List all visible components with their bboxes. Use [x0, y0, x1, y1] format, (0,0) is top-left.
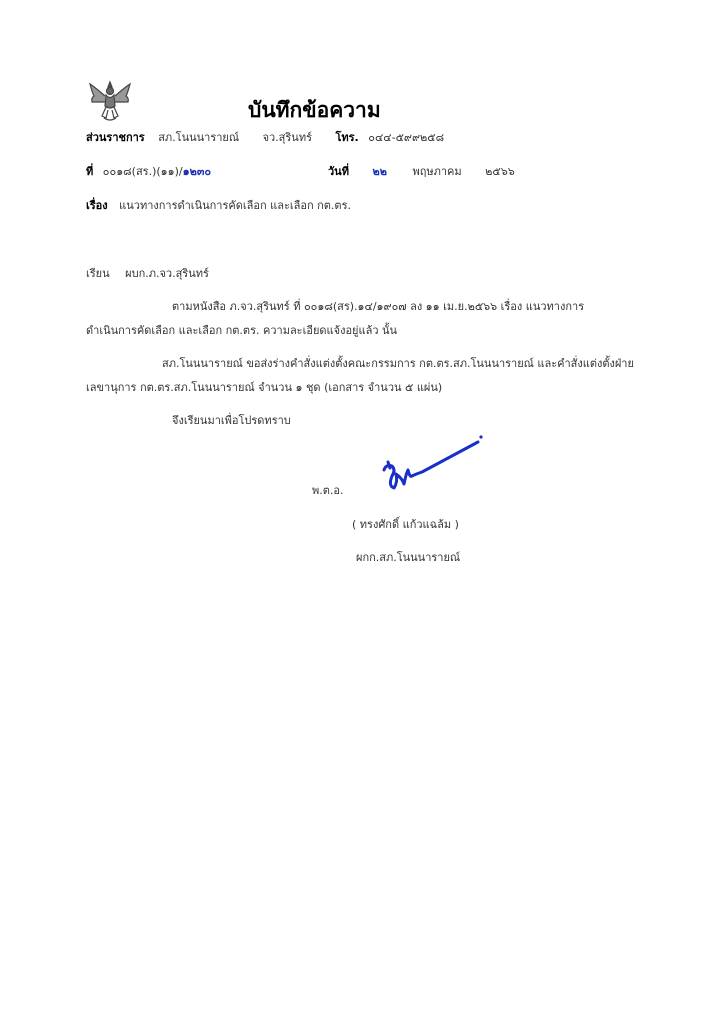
addressee-value: ผบก.ภ.จว.สุรินทร์ — [125, 267, 209, 280]
date-day: ๒๒ — [372, 165, 387, 178]
paragraph-1-line-2: ดำเนินการคัดเลือก และเลือก กต.ตร. ความละ… — [86, 321, 397, 339]
agency-value: สภ.โนนนารายณ์ — [158, 131, 239, 144]
agency-label: ส่วนราชการ — [86, 131, 145, 144]
phone-value: ๐๔๔-๕๙๙๒๕๘ — [368, 131, 444, 144]
paragraph-1-line-1: ตามหนังสือ ภ.จว.สุรินทร์ ที่ ๐๐๑๘(สร).๑๔… — [172, 297, 584, 315]
province-value: จว.สุรินทร์ — [263, 131, 312, 144]
addressee-row: เรียน ผบก.ภ.จว.สุรินทร์ — [86, 264, 209, 282]
addressee-label: เรียน — [86, 267, 110, 280]
date-year: ๒๕๖๖ — [485, 165, 515, 178]
subject-row: เรื่อง แนวทางการดำเนินการคัดเลือก และเลื… — [86, 196, 351, 214]
closing-line: จึงเรียนมาเพื่อโปรดทราบ — [172, 411, 291, 429]
handwritten-signature-icon — [378, 430, 488, 500]
paragraph-2-line-2: เลขานุการ กต.ตร.สภ.โนนนารายณ์ จำนวน ๑ ชุ… — [86, 378, 442, 396]
ref-label: ที่ — [86, 165, 93, 178]
ref-number: ๑๒๓๐ — [183, 165, 211, 178]
signer-rank: พ.ต.อ. — [312, 481, 344, 499]
subject-value: แนวทางการดำเนินการคัดเลือก และเลือก กต.ต… — [119, 199, 351, 212]
ref-prefix: ๐๐๑๘(สร.)(๑๑)/ — [103, 165, 183, 178]
agency-row: ส่วนราชการ สภ.โนนนารายณ์ จว.สุรินทร์ โทร… — [86, 128, 444, 146]
subject-label: เรื่อง — [86, 199, 108, 212]
date-month: พฤษภาคม — [412, 165, 461, 178]
signer-position: ผกก.สภ.โนนนารายณ์ — [356, 548, 460, 566]
phone-label: โทร. — [335, 131, 358, 144]
paragraph-2-line-1: สภ.โนนนารายณ์ ขอส่งร่างคำสั่งแต่งตั้งคณะ… — [162, 354, 634, 372]
memo-title: บันทึกข้อความ — [248, 94, 381, 127]
date-label: วันที่ — [328, 165, 349, 178]
date-row: วันที่ ๒๒ พฤษภาคม ๒๕๖๖ — [328, 162, 515, 180]
signer-name: ( ทรงศักดิ์ แก้วแฉล้ม ) — [352, 515, 459, 533]
garuda-emblem-icon — [86, 78, 134, 124]
reference-row: ที่ ๐๐๑๘(สร.)(๑๑)/๑๒๓๐ — [86, 162, 211, 180]
